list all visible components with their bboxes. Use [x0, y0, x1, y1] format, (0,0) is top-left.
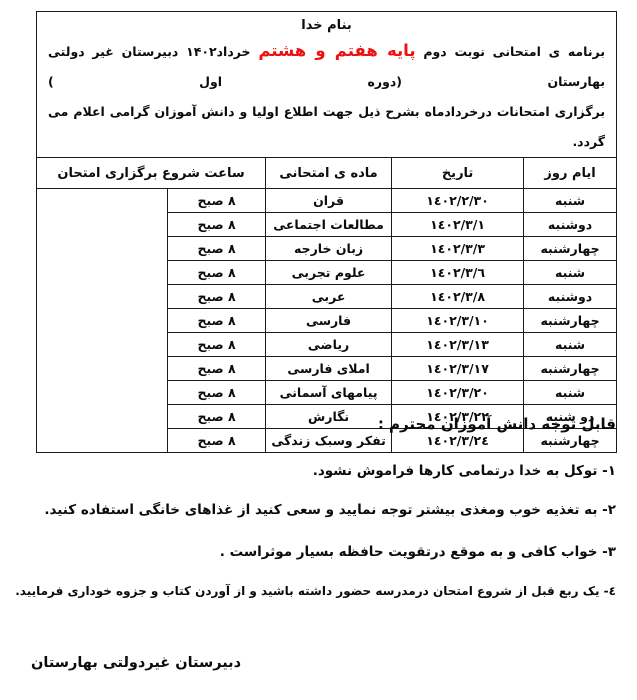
- date-cell: ١٤٠٢/٣/٢٠: [392, 381, 524, 405]
- intro-paragraph: برنامه ی امتحانی نوبت دوم پایه هفتم و هش…: [37, 36, 616, 97]
- page: { "document": { "bismillah": "بنام خدا",…: [0, 0, 637, 700]
- subject-cell: ریاضی: [266, 333, 392, 357]
- time-cell: ٨ صبح: [168, 261, 266, 285]
- date-cell: ١٤٠٢/٣/١٧: [392, 357, 524, 381]
- subject-cell: قران: [266, 189, 392, 213]
- subject-cell: علوم تجربی: [266, 261, 392, 285]
- note-item-1: ۱- توکل به خدا درتمامی کارها فراموش نشود…: [313, 463, 616, 479]
- subject-cell: زبان خارجه: [266, 237, 392, 261]
- time-cell: ٨ صبح: [168, 429, 266, 453]
- day-cell: شنبه: [524, 333, 617, 357]
- column-header-time: ساعت شروع برگزاری امتحان: [37, 158, 266, 189]
- intro-line2: برگزاری امتحانات درخردادماه بشرح ذیل جهت…: [37, 97, 616, 157]
- date-cell: ١٤٠٢/٣/٨: [392, 285, 524, 309]
- date-cell: ١٤٠٢/٣/١٣: [392, 333, 524, 357]
- subject-cell: نگارش: [266, 405, 392, 429]
- subject-cell: املای فارسی: [266, 357, 392, 381]
- table-row: شنبه ١٤٠٢/٢/٣٠ قران ٨ صبح: [37, 189, 617, 213]
- date-cell: ١٤٠٢/٣/١: [392, 213, 524, 237]
- note-item-4: ٤- یک ربع قبل از شروع امتحان درمدرسه حضو…: [15, 584, 616, 598]
- exam-schedule-table: بنام خدا برنامه ی امتحانی نوبت دوم پایه …: [36, 11, 617, 453]
- note-item-2: ۲- به تغذیه خوب ومغذی بیشتر توجه نمایید …: [44, 502, 616, 518]
- day-cell: چهارشنبه: [524, 237, 617, 261]
- date-cell: ١٤٠٢/٢/٣٠: [392, 189, 524, 213]
- time-cell: ٨ صبح: [168, 333, 266, 357]
- empty-merged-cell: [37, 189, 168, 453]
- time-cell: ٨ صبح: [168, 381, 266, 405]
- day-cell: شنبه: [524, 381, 617, 405]
- day-cell: چهارشنبه: [524, 357, 617, 381]
- column-header-date: تاریخ: [392, 158, 524, 189]
- note-item-3: ۳- خواب کافی و به موقع درتقویت حافظه بسی…: [220, 544, 616, 560]
- time-cell: ٨ صبح: [168, 357, 266, 381]
- footer-signature: دبیرستان غیردولتی بهارستان: [31, 655, 241, 671]
- table-header-row: ایام روز تاریخ ماده ی امتحانی ساعت شروع …: [37, 158, 617, 189]
- date-cell: ١٤٠٢/٣/٣: [392, 237, 524, 261]
- subject-cell: مطالعات اجتماعی: [266, 213, 392, 237]
- subject-cell: پیامهای آسمانی: [266, 381, 392, 405]
- day-cell: شنبه: [524, 261, 617, 285]
- subject-cell: تفکر وسبک زندگی: [266, 429, 392, 453]
- bismillah-text: بنام خدا: [37, 18, 616, 33]
- date-cell: ١٤٠٢/٣/١٠: [392, 309, 524, 333]
- time-cell: ٨ صبح: [168, 189, 266, 213]
- document-header-cell: بنام خدا برنامه ی امتحانی نوبت دوم پایه …: [37, 12, 617, 158]
- day-cell: دوشنبه: [524, 213, 617, 237]
- intro-line1-before: برنامه ی امتحانی نوبت دوم: [416, 44, 605, 59]
- time-cell: ٨ صبح: [168, 213, 266, 237]
- grade-highlight: پایه هفتم و هشتم: [258, 41, 415, 60]
- day-cell: دوشنبه: [524, 285, 617, 309]
- day-cell: چهارشنبه: [524, 309, 617, 333]
- time-cell: ٨ صبح: [168, 405, 266, 429]
- date-cell: ١٤٠٢/٣/٦: [392, 261, 524, 285]
- subject-cell: فارسی: [266, 309, 392, 333]
- column-header-day: ایام روز: [524, 158, 617, 189]
- column-header-subject: ماده ی امتحانی: [266, 158, 392, 189]
- time-cell: ٨ صبح: [168, 285, 266, 309]
- time-cell: ٨ صبح: [168, 237, 266, 261]
- time-cell: ٨ صبح: [168, 309, 266, 333]
- notes-heading: قابل توجه دانش آموزان محترم :: [378, 415, 616, 433]
- subject-cell: عربی: [266, 285, 392, 309]
- day-cell: شنبه: [524, 189, 617, 213]
